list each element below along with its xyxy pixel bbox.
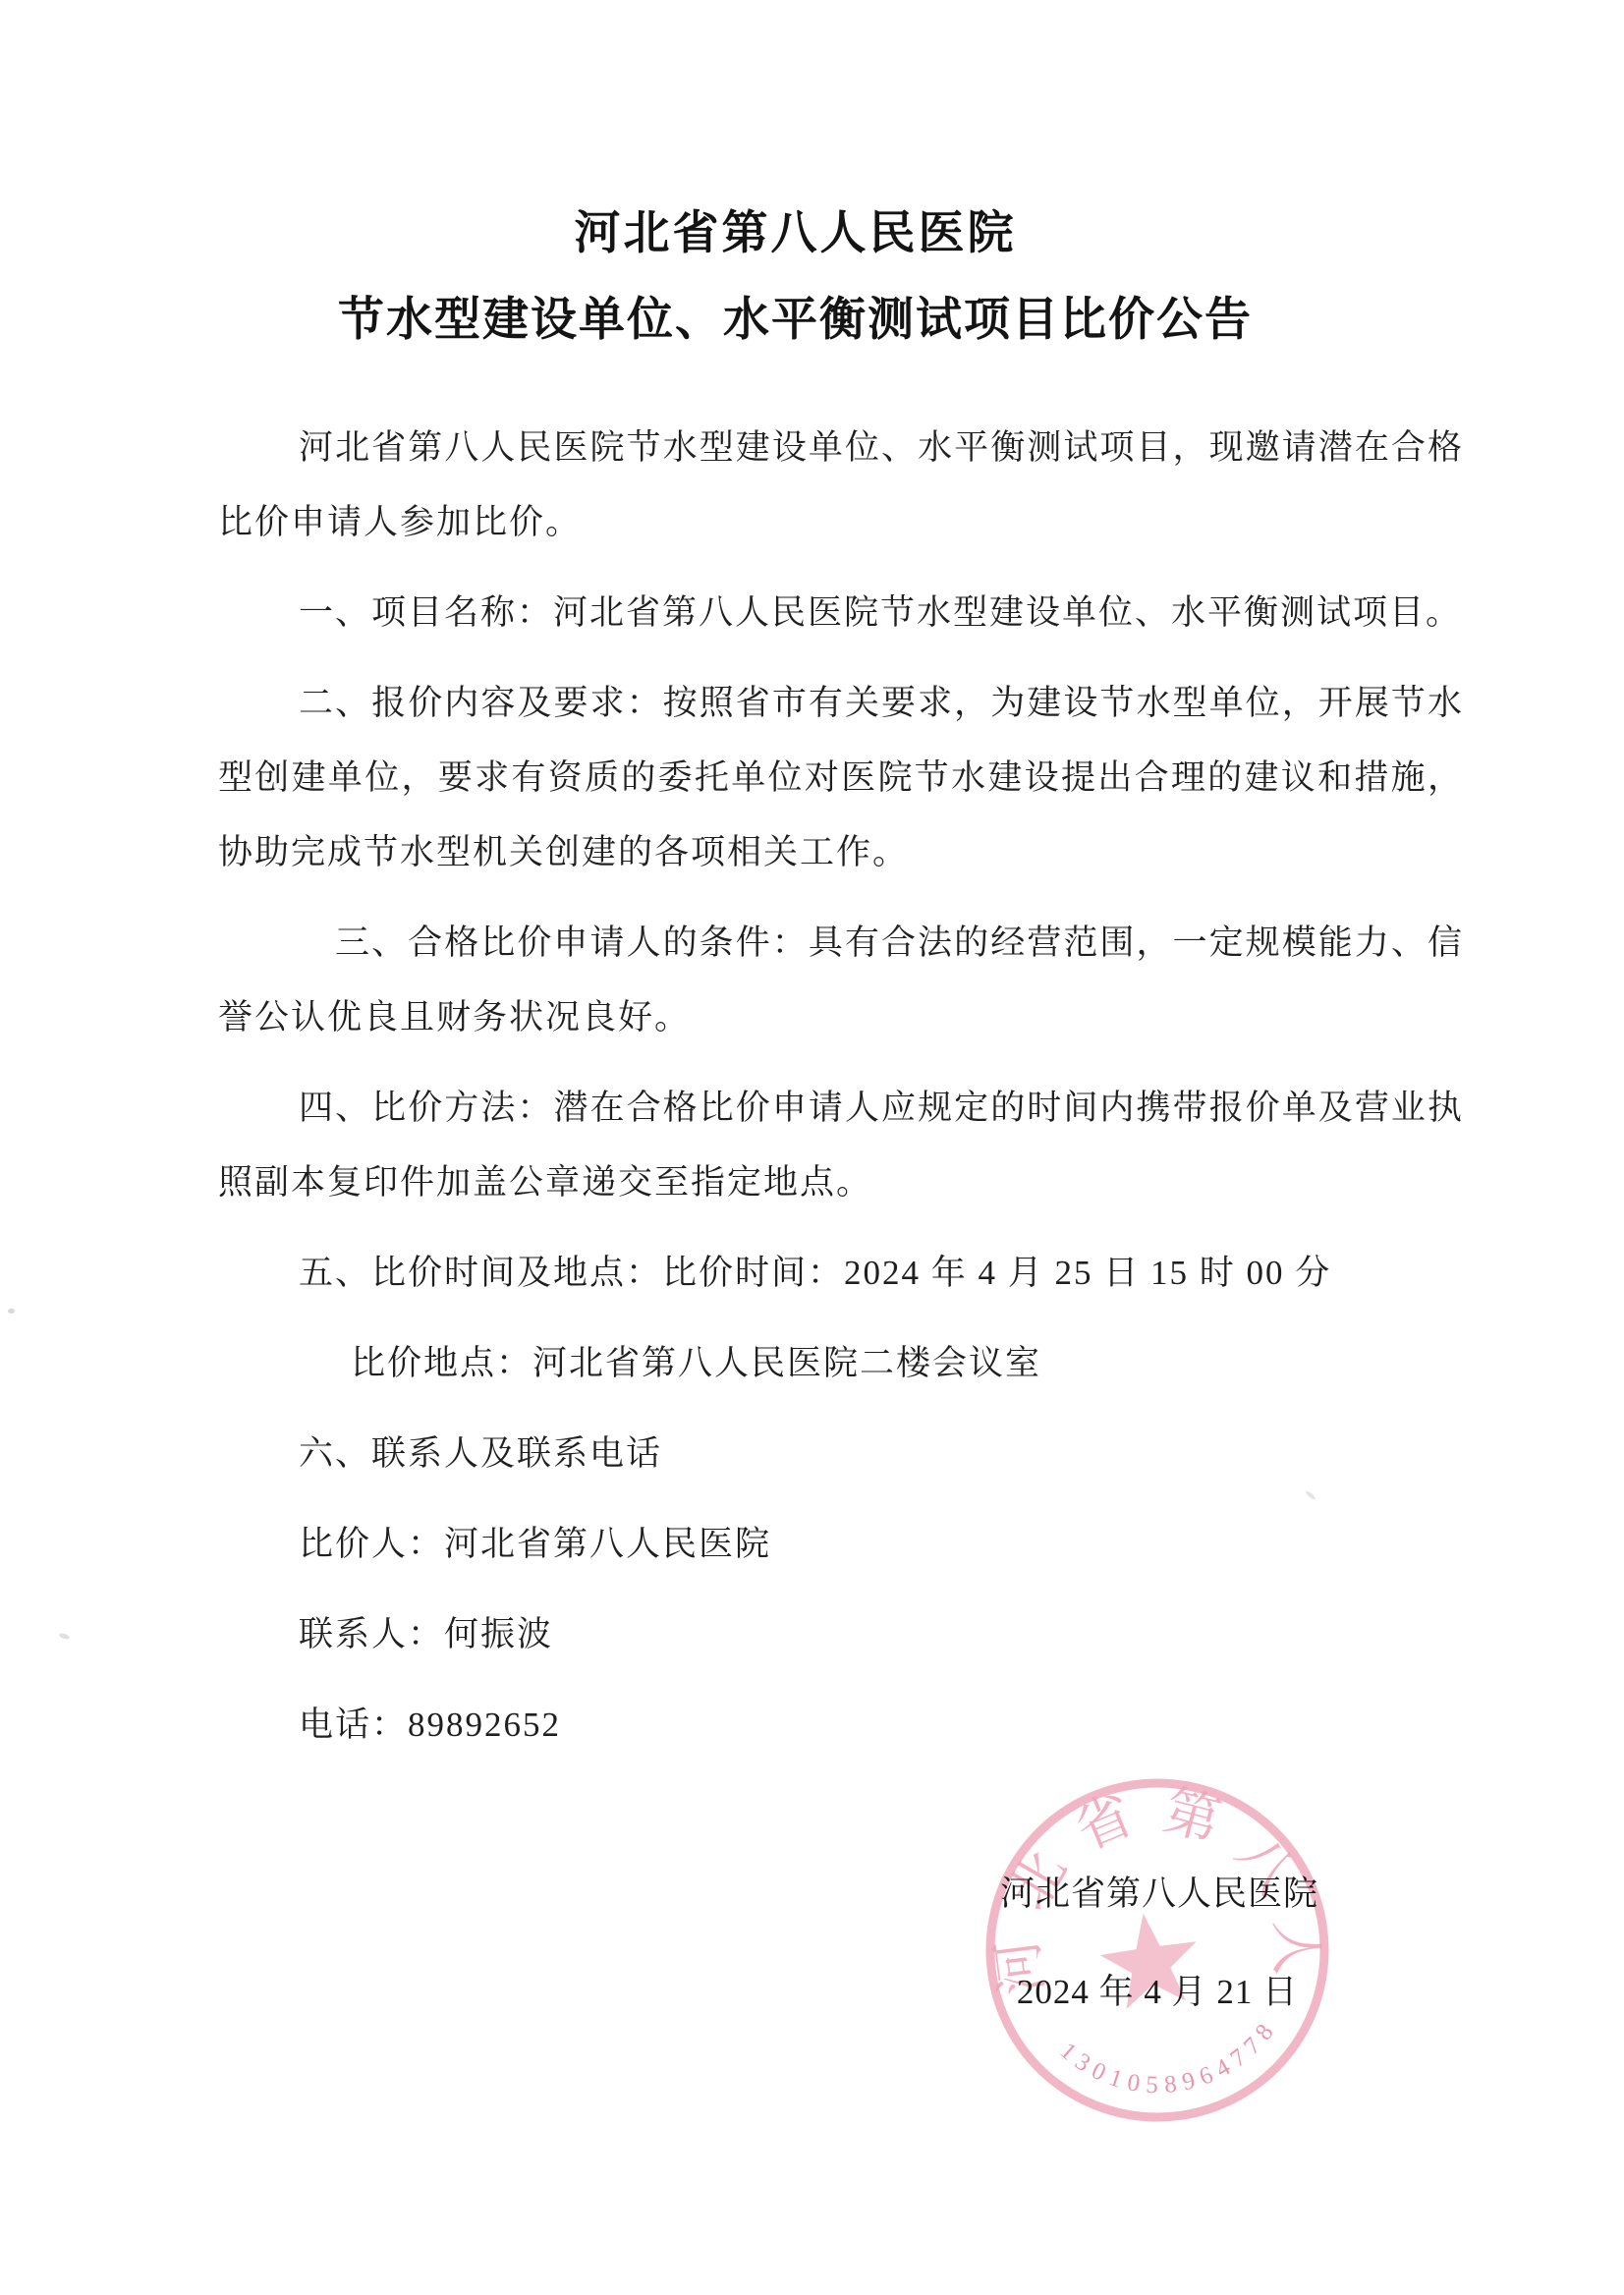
official-stamp: 河北省第八人民医院 1301058964778 <box>966 1759 1349 2142</box>
signature-issuer: 河北省第八人民医院 <box>967 1873 1352 1916</box>
item-4-price-method: 四、比价方法：潜在合格比价申请人应规定的时间内携带报价单及营业执照副本复印件加盖… <box>218 1071 1464 1220</box>
intro-paragraph: 河北省第八人民医院节水型建设单位、水平衡测试项目，现邀请潜在合格比价申请人参加比… <box>218 411 1464 560</box>
signature-date: 2024 年 4 月 21 日 <box>965 1971 1350 2014</box>
item-5-place-line: 比价地点：河北省第八人民医院二楼会议室 <box>218 1326 1464 1401</box>
item-3-applicant-criteria: 三、合格比价申请人的条件：具有合法的经营范围，一定规模能力、信誉公认优良且财务状… <box>218 906 1464 1055</box>
item-2-quote-requirements: 二、报价内容及要求：按照省市有关要求，为建设节水型单位，开展节水型创建单位，要求… <box>218 666 1464 890</box>
scan-artifact <box>58 1632 70 1640</box>
scan-artifact <box>8 1309 15 1314</box>
item-6-contact-heading: 六、联系人及联系电话 <box>218 1417 1464 1491</box>
document-body: 河北省第八人民医院节水型建设单位、水平衡测试项目，现邀请潜在合格比价申请人参加比… <box>218 411 1464 1763</box>
document-header: 河北省第八人民医院 节水型建设单位、水平衡测试项目比价公告 <box>0 0 1624 346</box>
item-5-time-and-place: 五、比价时间及地点：比价时间：2024 年 4 月 25 日 15 时 00 分 <box>218 1236 1464 1311</box>
phone-number-line: 电话：89892652 <box>218 1688 1464 1763</box>
item-1-project-name: 一、项目名称：河北省第八人民医院节水型建设单位、水平衡测试项目。 <box>218 576 1464 650</box>
document-title-line1: 河北省第八人民医院 <box>0 206 1591 259</box>
contact-person-line: 联系人：何振波 <box>218 1597 1464 1672</box>
price-comparer-line: 比价人：河北省第八人民医院 <box>218 1507 1464 1582</box>
document-title-line2: 节水型建设单位、水平衡测试项目比价公告 <box>0 293 1591 346</box>
scanned-document-page: 河北省第八人民医院 节水型建设单位、水平衡测试项目比价公告 河北省第八人民医院节… <box>0 0 1624 2295</box>
